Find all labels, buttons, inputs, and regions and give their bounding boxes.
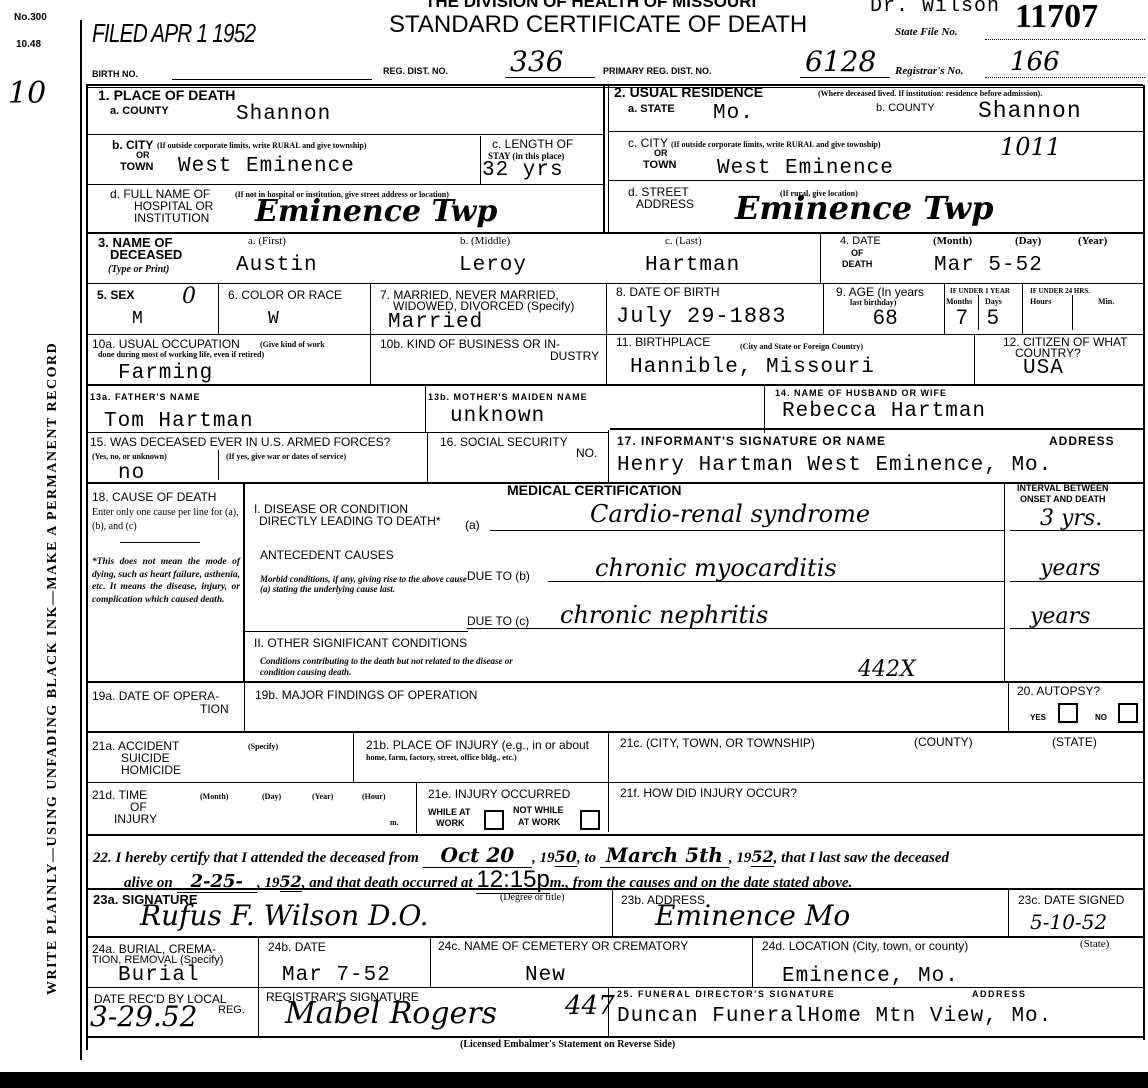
autopsy-label: 20. AUTOPSY? [1017,685,1100,697]
form-left-border-inner [86,85,88,1050]
hours-label: Hours [1030,297,1051,306]
degree-label: (Degree or title) [500,893,564,902]
occupation-label: 10a. USUAL OCCUPATION [92,338,240,350]
first-name-value: Austin [236,255,318,277]
res-street-label-2: ADDRESS [636,198,694,210]
father-label: 13a. FATHER'S NAME [90,393,201,402]
under-24-hrs-label: IF UNDER 24 HRS. [1030,287,1090,296]
date-signed-value: 5-10-52 [1030,910,1107,934]
injury-m-label: m. [390,818,399,827]
cert-from-date: Oct 20 [423,843,533,868]
funeral-address-label: ADDRESS [972,990,1027,999]
autopsy-yes-label: YES [1030,713,1046,722]
pod-county-value: Shannon [236,104,331,126]
dod-year-label: (Year) [1078,237,1107,246]
dod-value: Mar 5-52 [934,255,1043,277]
birth-no-field[interactable] [172,79,372,80]
line-a-field [490,530,1004,531]
race-label: 6. COLOR OR RACE [228,289,342,301]
informant-label: 17. INFORMANT'S SIGNATURE OR NAME [617,435,886,447]
name-label-2: DECEASED [110,249,182,261]
under-1-year-label: IF UNDER 1 YEAR [950,287,1010,296]
divider [88,283,1143,284]
divider [425,385,426,433]
injury-hour-label: (Hour) [362,792,386,801]
divider [88,834,1143,836]
how-injury-label: 21f. HOW DID INJURY OCCUR? [620,787,797,799]
col-divider-top-2 [608,85,609,233]
informant-address-label: ADDRESS [1049,435,1115,447]
antecedent-label: ANTECEDENT CAUSES [260,549,394,561]
res-county-label: b. COUNTY [876,104,935,113]
injury-state-label: (STATE) [1052,736,1097,748]
cert-text: 22. I hereby certify that I attended the… [93,850,419,866]
state-file-line [985,39,1145,41]
dod-label-3: DEATH [842,260,872,269]
divider [353,732,354,782]
form-right-border [1143,85,1145,1040]
injury-location-label: 21c. (CITY, TOWN, OR TOWNSHIP) [620,737,815,749]
divider [609,180,1143,181]
dod-day-label: (Day) [1015,237,1041,246]
primary-reg-dist-line [800,77,890,78]
margin-instruction: WRITE PLAINLY—USING UNFADING BLACK INK—M… [45,175,61,995]
sex-value: M [132,308,144,330]
last-name-value: Hartman [645,255,740,277]
occupation-note-1: (Give kind of work [260,340,325,349]
interval-b-field [1010,581,1143,582]
burial-location-label: 24d. LOCATION (City, town, or county) [762,940,968,952]
part2-note: Conditions contributing to the death but… [260,656,550,678]
autopsy-yes-checkbox[interactable] [1058,703,1078,723]
not-while-at-work-label-1: NOT WHILE [513,806,564,815]
divider [752,937,753,987]
injury-day-label: (Day) [262,792,281,801]
line-b-label: DUE TO (b) [467,570,530,582]
interval-b-value: years [1040,557,1100,581]
res-street-value: Eminence Twp [735,196,994,220]
funeral-director-label: 25. FUNERAL DIRECTOR'S SIGNATURE [617,990,835,999]
cemetery-value: New [525,965,566,987]
age-label-1: 9. AGE (In years [836,286,924,298]
res-city-or: OR [654,149,668,158]
burial-state-label: (State) [1080,940,1109,949]
while-at-work-checkbox[interactable] [484,810,504,830]
business-label-1: 10b. KIND OF BUSINESS OR IN- [380,338,560,350]
footer-note: (Licensed Embalmer's Statement on Revers… [460,1039,675,1050]
interval-a-value: 3 yrs. [1040,507,1102,531]
interval-c-value: years [1030,605,1090,629]
reg-dist-line [505,77,595,78]
burial-date-value: Mar 7-52 [282,965,391,987]
father-value: Tom Hartman [104,411,254,433]
divider [608,988,609,1036]
state-file-label: State File No. [895,27,958,38]
occupation-value: Farming [118,363,213,385]
line-b-value: chronic myocarditis [595,556,837,580]
ssn-label-2: NO. [576,447,597,459]
primary-reg-dist-value: 6128 [805,50,876,74]
last-name-label: c. (Last) [665,237,702,246]
medical-certification-title: MEDICAL CERTIFICATION [507,484,681,496]
divider [609,131,1143,132]
middle-name-label: b. (Middle) [460,237,510,246]
page-title: STANDARD CERTIFICATE OF DEATH [389,11,807,39]
divider [764,385,765,433]
injury-county-label: (COUNTY) [914,736,973,748]
form-revision: 10.48 [16,39,41,50]
divider [88,681,1143,683]
registrar-no-value: 166 [1010,50,1060,74]
registrar-no-line [985,77,1145,79]
divider [88,432,608,433]
res-city-mark: 1011 [1000,135,1061,159]
race-value: W [268,308,280,330]
birthplace-value: Hannible, Missouri [630,357,875,379]
ssn-label-1: 16. SOCIAL SECURITY [440,436,568,448]
interval-label-2: ONSET AND DEATH [1020,495,1106,504]
res-city-note: (If outside corporate limits, write RURA… [671,140,881,149]
pod-city-value: West Eminence [178,156,355,178]
divider [86,1036,1143,1038]
age-value: 68 [873,307,898,329]
scan-border [0,1072,1148,1088]
place-of-injury-note: home, farm, factory, street, office bldg… [366,753,517,762]
res-state-label: a. STATE [628,105,675,114]
days-label: Days [985,297,1002,306]
cert-to-date: March 5th [600,843,729,868]
informant-value: Henry Hartman West Eminence, Mo. [617,455,1052,477]
divider [88,888,1143,890]
divider [88,936,1143,938]
divider [610,428,1143,430]
days-value: 5 [987,307,1000,329]
divider [88,232,1143,234]
op-date-label-1: 19a. DATE OF OPERA- [92,690,219,702]
cause-of-death-label: 18. CAUSE OF DEATH [92,491,216,503]
reg-dist-label: REG. DIST. NO. [383,67,448,76]
form-number: No.300 [14,12,47,23]
months-label: Months [946,297,972,306]
date-received-label-2: REG. [218,1004,245,1016]
divider [88,384,1143,386]
time-of-injury-label-3: INJURY [114,813,157,825]
divider [1022,284,1023,334]
divider [416,783,417,833]
birth-no-label: BIRTH NO. [92,70,138,79]
not-while-at-work-checkbox[interactable] [580,810,600,830]
divider [88,731,1143,733]
dob-label: 8. DATE OF BIRTH [616,286,720,298]
sex-mark: 0 [182,285,196,309]
armed-forces-note-1: (Yes, no, or unknown) [92,452,167,461]
cert-text: , that I last saw the deceased [774,850,949,866]
place-of-death-title: 1. PLACE OF DEATH [98,89,235,101]
res-county-value: Shannon [978,100,1082,122]
birthplace-label: 11. BIRTHPLACE [616,336,710,348]
divider [218,284,219,334]
cert-text: , 19 [532,850,555,866]
pod-city-note: (If outside corporate limits, write RURA… [157,141,477,150]
divider [218,450,219,480]
reg-dist-value: 336 [510,50,563,74]
divider [820,233,821,283]
divider [243,631,468,632]
primary-reg-dist-label: PRIMARY REG. DIST. NO. [603,67,712,76]
autopsy-no-checkbox[interactable] [1118,703,1138,723]
accident-label-3: HOMICIDE [121,764,181,776]
business-label-2: DUSTRY [550,350,599,362]
cemetery-label: 24c. NAME OF CEMETERY OR CREMATORY [438,940,688,952]
pod-county-label: a. COUNTY [110,107,169,116]
cause-footnote: *This does not mean the mode of dying, s… [92,556,240,606]
mother-label: 13b. MOTHER'S MAIDEN NAME [428,393,588,402]
cert-text: , to [577,850,596,866]
divider [823,284,824,334]
line-c-value: chronic nephritis [560,603,768,627]
divider [1008,682,1009,732]
pod-hospital-value: Eminence Twp [255,200,497,224]
sex-label: 5. SEX [97,289,134,301]
divider [1008,889,1009,937]
divider [978,295,979,330]
state-file-number: 11707 [1015,0,1098,36]
dod-label-2: OF [851,249,864,258]
residence-note: (Where deceased lived. If institution: r… [818,89,1042,98]
divider [88,134,603,135]
birthplace-note: (City and State or Foreign Country) [740,342,863,351]
divider [612,889,613,937]
divider [1072,295,1073,330]
while-at-work-label-1: WHILE AT [428,808,471,817]
form-left-border [80,20,82,1060]
date-signed-label: 23c. DATE SIGNED [1018,894,1124,906]
divider [608,430,609,483]
divider [974,334,975,384]
divider [88,184,603,185]
middle-name-value: Leroy [459,255,527,277]
pod-stay-label: c. LENGTH OF [492,138,573,150]
residence-title: 2. USUAL RESIDENCE [614,86,763,98]
cert-text: , 19 [729,850,752,866]
antecedent-note: Morbid conditions, if any, giving rise t… [260,574,468,594]
divider [427,433,428,483]
filed-stamp: FILED APR 1 1952 [92,18,255,49]
dod-label-1: 4. DATE [840,237,881,246]
months-value: 7 [956,307,969,329]
cert-from-year: 50 [555,847,577,867]
divider [480,136,481,184]
injury-year-label: (Year) [312,792,333,801]
res-town-label: TOWN [643,161,676,170]
injury-occurred-label: 21e. INJURY OCCURRED [428,788,570,800]
divider [120,542,200,543]
physician-note: Dr. Wilson [870,0,1000,18]
citizen-value: USA [1023,358,1064,380]
date-received-value: 3-29.52 [90,1005,197,1029]
cause-note: Enter only one cause per line for (a), (… [92,506,242,534]
divider [88,782,1143,783]
mother-value: unknown [450,406,545,428]
not-while-at-work-label-2: AT WORK [518,818,560,827]
injury-month-label: (Month) [200,792,228,801]
autopsy-no-label: NO [1095,713,1107,722]
res-state-value: Mo. [713,103,754,125]
op-findings-label: 19b. MAJOR FINDINGS OF OPERATION [255,689,477,701]
accident-specify: (Specify) [248,742,278,751]
res-city-value: West Eminence [717,158,894,180]
spouse-label: 14. NAME OF HUSBAND OR WIFE [775,389,947,398]
line-a-label: (a) [465,519,480,531]
col-divider-top [603,85,605,233]
cert-to-year: 52 [751,847,773,867]
armed-forces-note-2: (If yes, give war or dates of service) [226,452,346,461]
divider [430,937,431,987]
divider [1004,483,1005,681]
pod-city-or: OR [136,151,150,160]
part1-label-2: DIRECTLY LEADING TO DEATH* [259,515,441,527]
marital-value: Married [388,312,483,334]
divider [88,987,1143,988]
burial-date-label: 24b. DATE [268,941,326,953]
pod-stay-value: 32 yrs [482,160,564,182]
registrar-signature: Mabel Rogers [285,1002,497,1026]
line-a-value: Cardio-renal syndrome [590,502,870,526]
part2-code: 442X [858,658,916,682]
min-label: Min. [1098,297,1114,306]
armed-forces-label: 15. WAS DECEASED EVER IN U.S. ARMED FORC… [90,436,390,448]
op-date-label-2: TION [200,703,229,715]
margin-handwritten-mark: 10 [8,82,46,106]
disposition-value: Burial [118,965,200,987]
divider [244,682,245,732]
spouse-value: Rebecca Hartman [782,401,986,423]
cert-address-value: Eminence Mo [655,904,850,928]
registrar-no-label: Registrar's No. [895,66,963,77]
line-c-label: DUE TO (c) [467,615,529,627]
funeral-director-value: Duncan FuneralHome Mtn View, Mo. [617,1006,1052,1028]
place-of-injury-label: 21b. PLACE OF INJURY (e.g., in or about [366,739,589,751]
pod-hospital-label-3: INSTITUTION [134,212,209,224]
divider [944,284,945,334]
occupation-note-2: done during most of working life, even i… [98,350,264,359]
interval-label-1: INTERVAL BETWEEN [1017,484,1109,493]
dod-month-label: (Month) [933,237,972,246]
divider [243,483,245,681]
pod-town-label: TOWN [120,163,153,172]
name-label-3: (Type or Print) [108,264,169,275]
physician-signature: Rufus F. Wilson D.O. [140,904,429,928]
first-name-label: a. (First) [248,237,286,246]
while-at-work-label-2: WORK [436,819,465,828]
burial-location-value: Eminence, Mo. [782,966,959,988]
part2-label: II. OTHER SIGNIFICANT CONDITIONS [254,637,467,649]
dob-value: July 29-1883 [616,306,786,328]
